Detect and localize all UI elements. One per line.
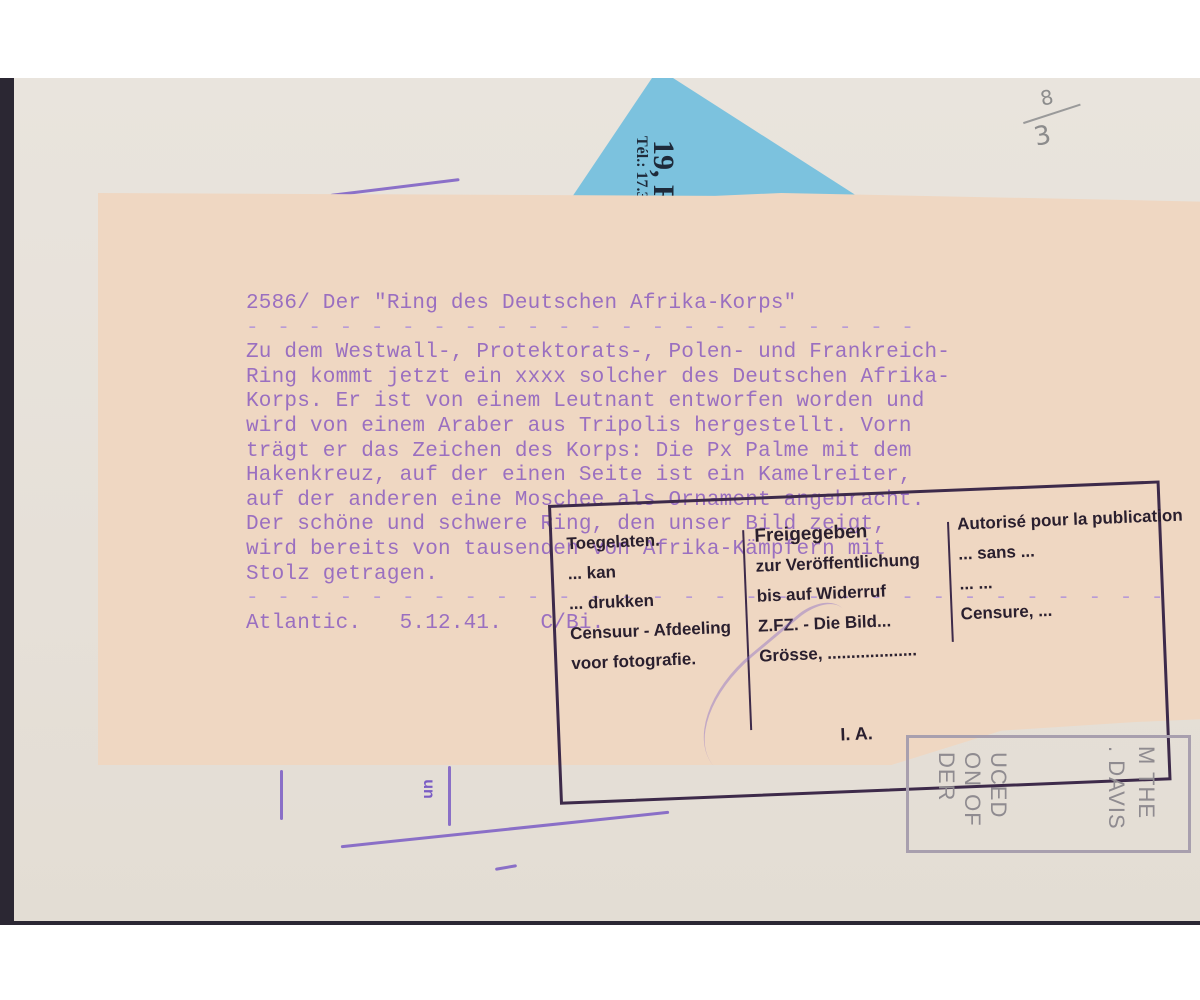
caption-line: wird von einem Araber aus Tripolis herge… (246, 415, 912, 438)
censor-col-french: Autorisé pour la publication ... sans ..… (957, 501, 1187, 630)
davis-line: DER (933, 752, 959, 801)
purple-stamp-stroke (280, 770, 283, 820)
lower-stamp-fragment: un (419, 779, 437, 799)
caption-line: Stolz getragen. (246, 563, 438, 586)
caption-separator: - - - - - - - - - - - - - - - - - - - - … (246, 317, 917, 340)
caption-line: Ring kommt jetzt ein xxxx solcher des De… (246, 366, 950, 389)
pencil-note-top: 8 (1038, 85, 1055, 111)
caption-line: Zu dem Westwall-, Protektorats-, Polen- … (246, 341, 950, 364)
davis-line: ON OF (959, 752, 985, 827)
stamp-divider (947, 522, 954, 642)
caption-line: trägt er das Zeichen des Korps: Die Px P… (246, 440, 912, 463)
caption-heading: 2586/ Der "Ring des Deutschen Afrika-Kor… (246, 292, 797, 315)
stamp-text: voor fotografie. (571, 643, 733, 679)
davis-line: UCED (985, 752, 1011, 818)
caption-line: Hakenkreuz, auf der einen Seite ist ein … (246, 464, 912, 487)
davis-stamp: M THE . DAVIS UCED ON OF DER (906, 735, 1191, 853)
purple-stamp-stroke (448, 766, 451, 826)
davis-line: M THE (1133, 746, 1159, 819)
caption-date: 5.12.41. (400, 612, 502, 635)
censor-col-dutch: Toegelaten. ... kan ... drukken Censuur … (566, 523, 733, 679)
davis-line: . DAVIS (1103, 746, 1129, 830)
caption-agency: Atlantic. (246, 612, 361, 635)
caption-line: Korps. Er ist von einem Leutnant entworf… (246, 390, 925, 413)
